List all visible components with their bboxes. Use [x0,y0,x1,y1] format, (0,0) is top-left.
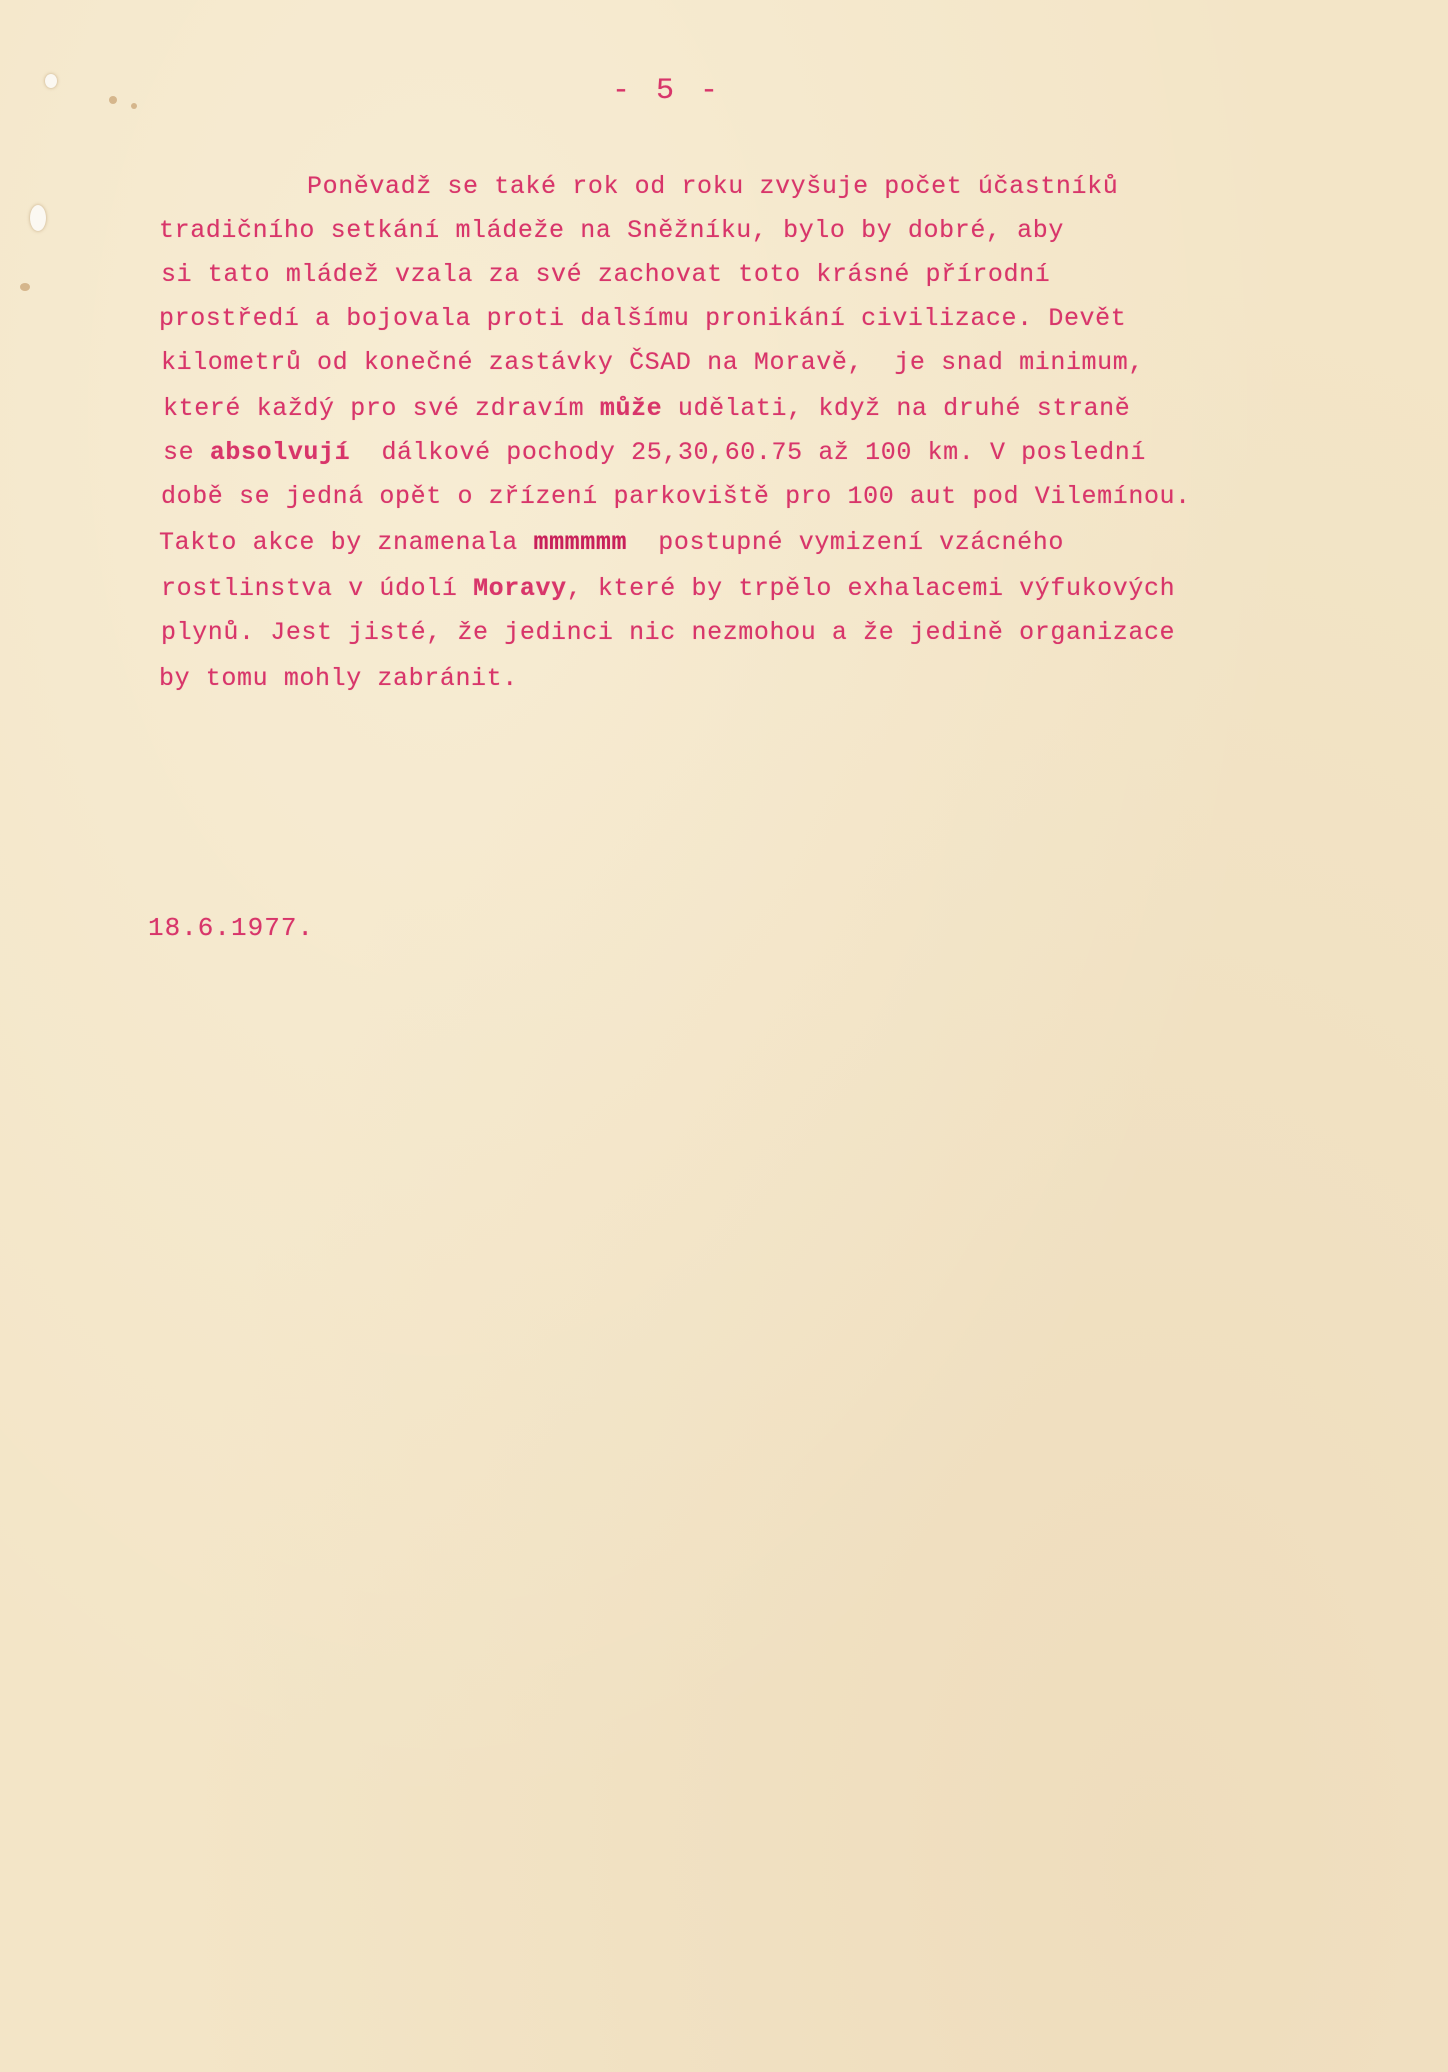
text-segment: postupné vymizení vzácného [627,528,1064,557]
text-line: tradičního setkání mládeže na Sněžníku, … [159,216,1064,246]
text-line: by tomu mohly zabránit. [159,664,518,694]
struck-out-word: mmmmmm [533,528,627,557]
text-line: které každý pro své zdravím může udělati… [163,394,1130,424]
page-number: - 5 - [612,74,722,108]
text-line: plynů. Jest jisté, že jedinci nic nezmoh… [161,618,1175,648]
emphasized-word: může [600,394,662,423]
text-line: se absolvují dálkové pochody 25,30,60.75… [163,438,1146,468]
text-segment: rostlinstva v údolí [161,574,473,603]
text-line: rostlinstva v údolí Moravy, které by trp… [161,574,1175,604]
text-segment: dálkové pochody 25,30,60.75 až 100 km. V… [350,438,1146,467]
text-line: prostředí a bojovala proti dalšímu proni… [159,304,1126,334]
text-segment: , které by trpělo exhalacemi výfukových [567,574,1176,603]
text-line: době se jedná opět o zřízení parkoviště … [161,482,1191,512]
text-segment: Takto akce by znamenala [159,528,533,557]
text-segment: které každý pro své zdravím [163,394,600,423]
text-line: kilometrů od konečné zastávky ČSAD na Mo… [161,348,1144,378]
emphasized-word: absolvují [210,438,350,467]
punch-hole [45,74,57,88]
punch-holes [0,0,120,340]
paper-speck [20,283,30,291]
paper-speck [109,96,117,104]
text-segment: udělati, když na druhé straně [662,394,1130,423]
text-line: Takto akce by znamenala mmmmmm postupné … [159,528,1064,558]
document-date: 18.6.1977. [148,913,314,943]
text-segment: se [163,438,210,467]
text-line: Poněvadž se také rok od roku zvyšuje poč… [307,172,1118,202]
paper-speck [131,103,137,109]
punch-hole [30,205,46,231]
emphasized-word: Moravy [473,574,567,603]
text-line: si tato mládež vzala za své zachovat tot… [161,260,1050,290]
